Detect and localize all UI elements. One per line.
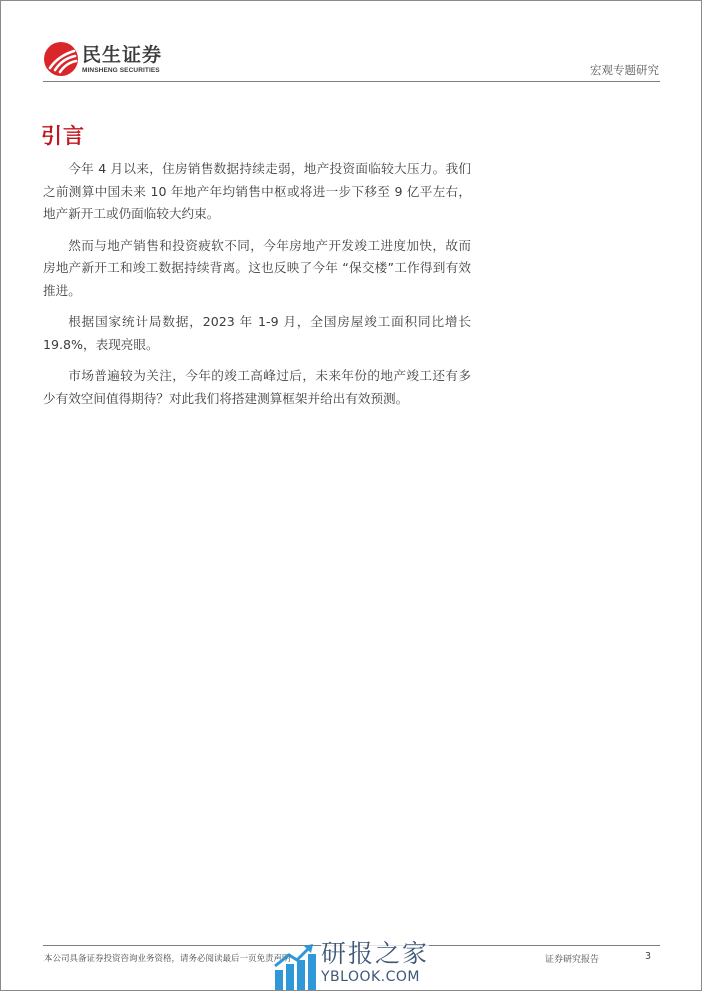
watermark: 研报之家 YBLOOK.COM: [273, 940, 429, 990]
paragraph: 今年 4 月以来，住房销售数据持续走弱，地产投资面临较大压力。我们之前测算中国未…: [43, 158, 471, 226]
bar-chart-arrow-icon: [273, 940, 317, 990]
paragraph: 市场普遍较为关注，今年的竣工高峰过后，未来年份的地产竣工还有多少有效空间值得期待…: [43, 365, 471, 410]
page-number: 3: [645, 951, 651, 962]
logo-chinese-name: 民生证券: [82, 44, 162, 66]
paragraph: 然而与地产销售和投资疲软不同，今年房地产开发竣工进度加快，故而房地产新开工和竣工…: [43, 235, 471, 303]
section-title: 引言: [41, 120, 85, 150]
report-category: 宏观专题研究: [590, 62, 659, 78]
watermark-chinese: 研报之家: [321, 940, 429, 968]
document-page: 民生证券 MINSHENG SECURITIES 宏观专题研究 引言 今年 4 …: [0, 0, 702, 991]
company-logo: 民生证券 MINSHENG SECURITIES: [44, 42, 162, 76]
paragraph: 根据国家统计局数据，2023 年 1-9 月，全国房屋竣工面积同比增长 19.8…: [43, 311, 471, 356]
header-divider: [43, 81, 660, 82]
footer-disclaimer: 本公司具备证券投资咨询业务资格，请务必阅读最后一页免责声明: [44, 952, 291, 964]
logo-english-name: MINSHENG SECURITIES: [82, 66, 162, 75]
minsheng-logo-icon: [44, 42, 78, 76]
section-body: 今年 4 月以来，住房销售数据持续走弱，地产投资面临较大压力。我们之前测算中国未…: [43, 158, 471, 419]
watermark-english: YBLOOK.COM: [321, 968, 429, 986]
footer-report-type: 证券研究报告: [545, 952, 599, 965]
